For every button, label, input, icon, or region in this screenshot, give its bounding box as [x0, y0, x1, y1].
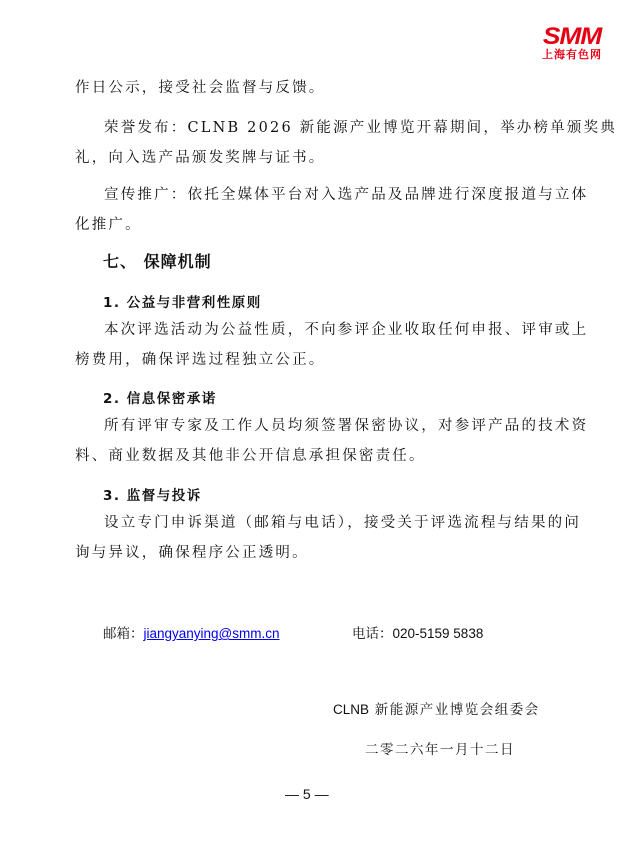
item-body-1-line2: 榜费用，确保评选过程独立公正。	[75, 348, 326, 369]
paragraph-publicity-end: 作日公示，接受社会监督与反馈。	[75, 76, 326, 97]
paragraph-honor-line2: 礼，向入选产品颁发奖牌与证书。	[75, 146, 326, 167]
smm-logo: SMM 上海有色网	[536, 26, 608, 62]
item-heading-2: 2. 信息保密承诺	[103, 387, 217, 407]
phone-contact: 电话：020-5159 5838	[352, 622, 483, 642]
phone-number: 020-5159 5838	[393, 626, 484, 641]
signature-date: 二零二六年一月十二日	[365, 738, 515, 758]
logo-subtitle: 上海有色网	[536, 48, 608, 62]
email-link[interactable]: jiangyanying@smm.cn	[144, 626, 280, 641]
item-body-3-line2: 询与异议，确保程序公正透明。	[75, 541, 309, 562]
item-body-2-line2: 料、商业数据及其他非公开信息承担保密责任。	[75, 444, 426, 465]
item-heading-3: 3. 监督与投诉	[103, 484, 202, 504]
email-contact: 邮箱：jiangyanying@smm.cn	[103, 622, 280, 642]
page-number: — 5 —	[285, 786, 329, 802]
organizer-abbr: CLNB	[333, 702, 369, 717]
paragraph-promotion-line1: 宣传推广：依托全媒体平台对入选产品及品牌进行深度报道与立体	[104, 183, 588, 204]
item-body-3-line1: 设立专门申诉渠道（邮箱与电话），接受关于评选流程与结果的问	[104, 511, 581, 532]
item-heading-1: 1. 公益与非营利性原则	[103, 291, 262, 311]
paragraph-honor-line1: 荣誉发布：CLNB 2026 新能源产业博览开幕期间，举办榜单颁奖典	[104, 116, 617, 137]
item-body-2-line1: 所有评审专家及工作人员均须签署保密协议，对参评产品的技术资	[104, 414, 588, 435]
section-title: 七、 保障机制	[103, 249, 212, 272]
signature-organizer: CLNB 新能源产业博览会组委会	[333, 698, 540, 718]
organizer-name: 新能源产业博览会组委会	[369, 702, 540, 718]
logo-wordmark: SMM	[532, 26, 611, 48]
email-label: 邮箱：	[103, 626, 144, 642]
paragraph-promotion-line2: 化推广。	[75, 213, 142, 234]
phone-label: 电话：	[352, 626, 393, 642]
item-body-1-line1: 本次评选活动为公益性质，不向参评企业收取任何申报、评审或上	[104, 318, 588, 339]
